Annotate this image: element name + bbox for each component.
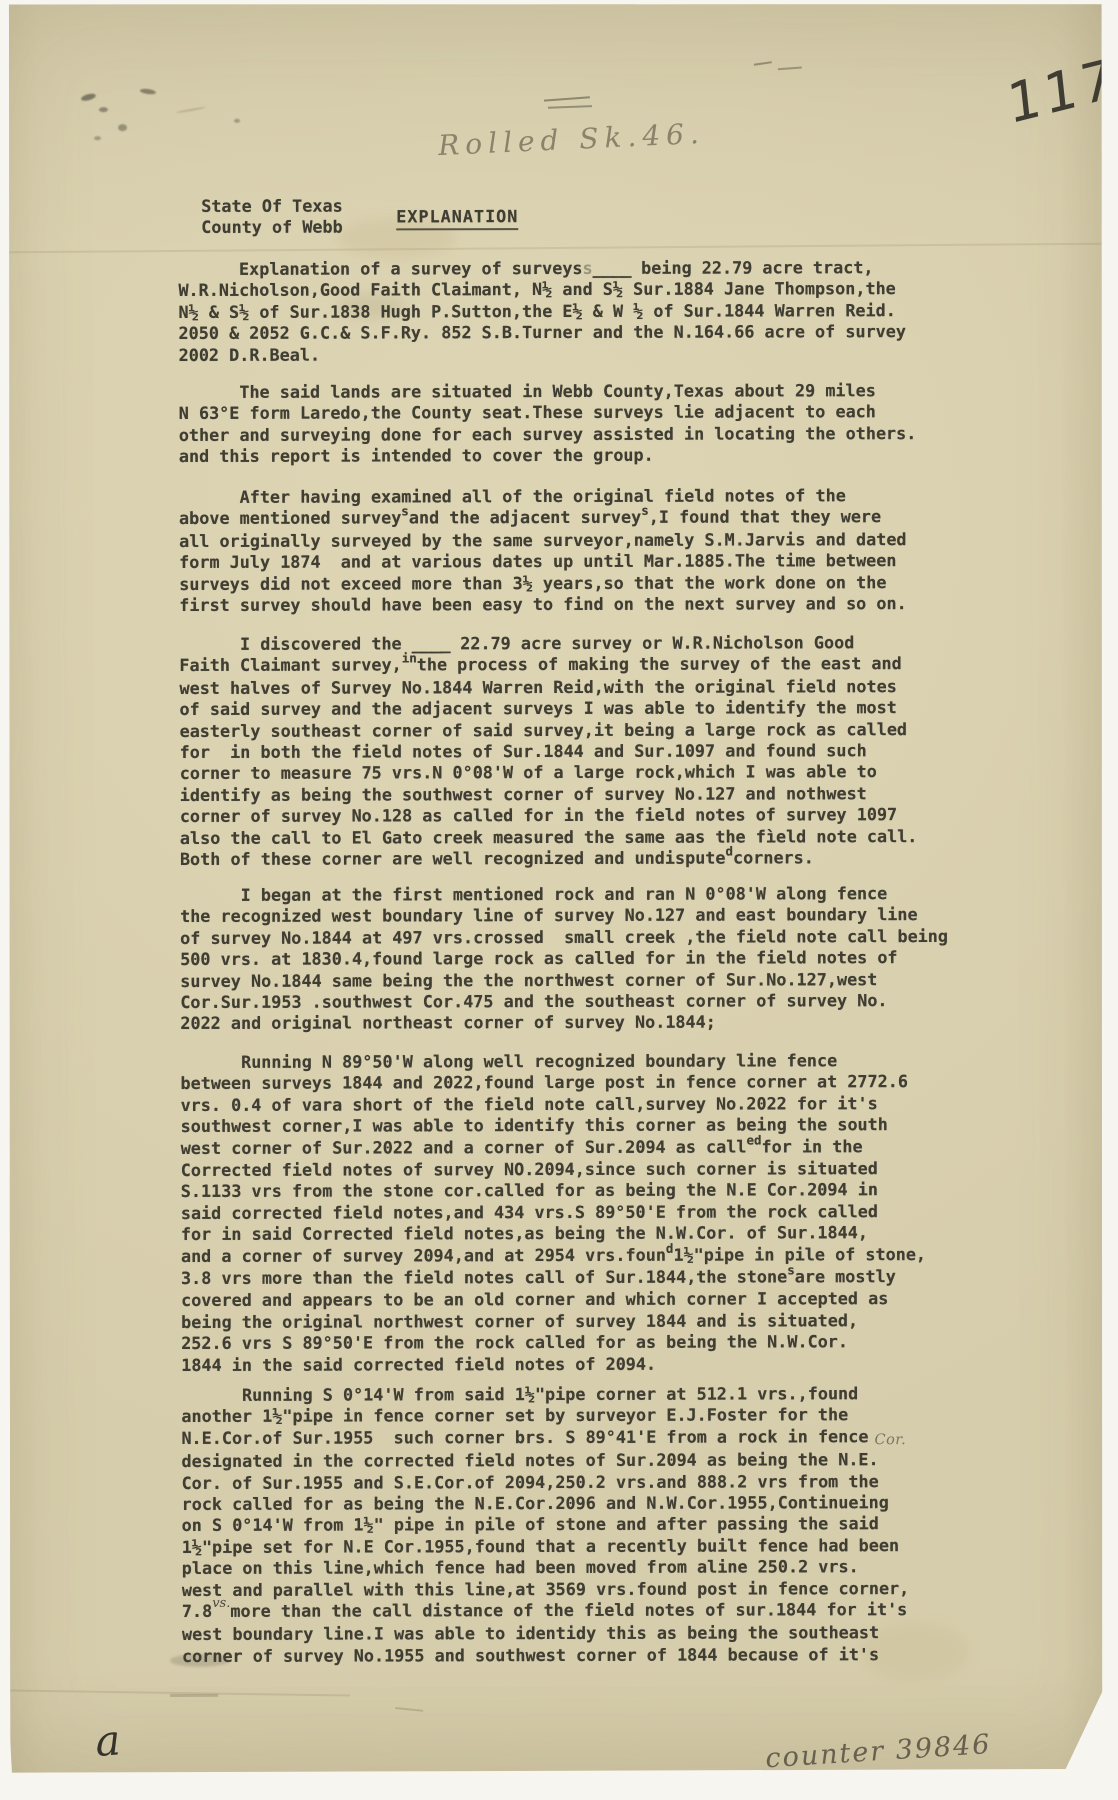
county-line: County of Webb [201,217,343,239]
typed-superscript: d [666,1240,674,1255]
typed-text: The said lands are situated in Webb Coun… [179,380,917,466]
paper-crease [6,243,1103,254]
paragraph-5: I began at the first mentioned rock and … [180,883,1030,1035]
paragraph-2: The said lands are situated in Webb Coun… [179,380,1029,468]
ink-smudge [118,124,127,131]
counter-note: counter 39846 [765,1729,993,1774]
typed-text: Explanation of a survey of surveys [178,258,582,279]
paper-crease [10,1689,350,1696]
typed-superscript: s [787,1262,795,1277]
paragraph-7: Running S 0°14'W from said 1½"pipe corne… [181,1383,1032,1668]
ink-smudge [99,107,108,112]
paragraph-4: I discovered the ____ 22.79 acre survey … [179,632,1030,872]
typed-superscript: d [725,844,733,859]
pencil-dash-mark [778,67,802,71]
ink-smudge [176,106,206,113]
pencil-dash-mark [754,61,772,66]
rolled-sketch-note: Rolled Sk.46. [437,117,705,162]
typed-text: corners. [733,847,814,867]
typed-text: and the adjacent survey [409,507,641,528]
typed-text: I began at the first mentioned rock and … [180,883,948,1033]
ink-smudge [140,88,157,95]
typed-text: I discovered the [179,633,411,654]
document-title: EXPLANATION [396,206,518,231]
typed-superscript: s [401,504,409,519]
handwritten-superscript: vs. [212,1596,230,1611]
pencil-dash-mark [170,1694,218,1697]
state-line: State Of Texas [201,196,343,218]
pencil-dash-mark [395,1707,423,1712]
faint-character: s [582,258,592,278]
page-number-note: 117 [1004,46,1118,137]
margin-a-note: a [93,1715,122,1766]
paragraph-6: Running N 89°50'W along well recognized … [180,1050,1031,1376]
typed-superscript: in [402,651,417,666]
typed-text: designated in the corrected field notes … [181,1426,909,1621]
typed-text: the process of making the survey of the … [179,654,917,870]
document-body: Explanation of a survey of surveyss____ … [6,2,1103,5]
typed-text: Running S 0°14'W from said 1½"pipe corne… [181,1383,868,1448]
typed-superscript: ed [746,1132,761,1147]
pencil-arrow-mark [544,96,590,101]
document-header: State Of Texas County of Webb EXPLANATIO… [6,2,1103,5]
typed-superscript: s [641,503,649,518]
ink-smudge [234,119,240,123]
ink-smudge [80,92,96,102]
typed-blank-line: ____ [593,258,631,278]
scan-background: { "colors": { "paper": "#d6cdac", "ink":… [0,0,1118,1800]
paragraph-1: Explanation of a survey of surveyss____ … [178,257,1028,366]
typed-text: more than the call distance of the field… [182,1599,907,1666]
paragraph-3: After having examined all of the origina… [179,485,1029,617]
ink-smudge [94,136,101,140]
typed-blank-line: ____ [412,633,450,653]
paper-sheet: Rolled Sk.46. 117 a counter 39846 State … [6,2,1108,1775]
pencil-arrow-mark [548,105,592,108]
handwritten-margin-note: Cor. [868,1432,906,1448]
